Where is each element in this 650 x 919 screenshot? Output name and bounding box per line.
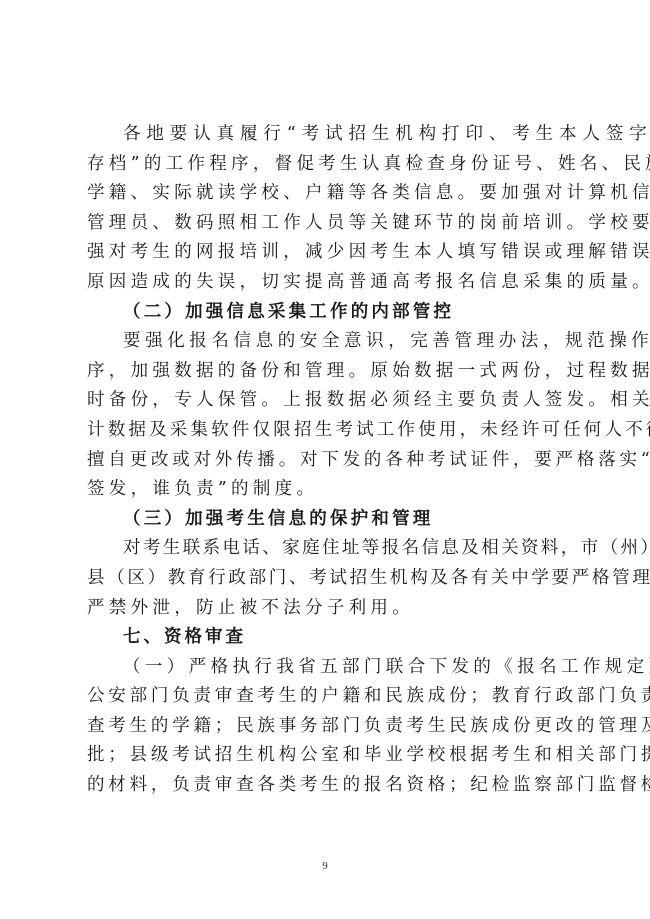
paragraph-line: 管理员、数码照相工作人员等关键环节的岗前培训。学校要加 [87, 209, 567, 239]
document-body: 各地要认真履行“考试招生机构打印、考生本人签字确认、 存档”的工作程序，督促考生… [87, 120, 567, 801]
page-number: 9 [0, 860, 650, 872]
paragraph-line: 要强化报名信息的安全意识，完善管理办法，规范操作程 [87, 327, 567, 357]
paragraph-line: 签发，谁负责”的制度。 [87, 475, 567, 505]
paragraph-line: 擅自更改或对外传播。对下发的各种考试证件，要严格落实“谁 [87, 446, 567, 476]
paragraph-line: 严禁外泄，防止被不法分子利用。 [87, 594, 567, 624]
paragraph-line: 对考生联系电话、家庭住址等报名信息及相关资料，市（州）、 [87, 534, 567, 564]
paragraph-line: 公安部门负责审查考生的户籍和民族成份；教育行政部门负责审 [87, 682, 567, 712]
paragraph-line: （一）严格执行我省五部门联合下发的《报名工作规定》。 [87, 653, 567, 683]
section-heading: （三）加强考生信息的保护和管理 [87, 505, 567, 535]
paragraph-line: 强对考生的网报培训，减少因考生本人填写错误或理解错误等 [87, 238, 567, 268]
paragraph-line: 原因造成的失误，切实提高普通高考报名信息采集的质量。 [87, 268, 567, 298]
paragraph-line: 学籍、实际就读学校、户籍等各类信息。要加强对计算机信息 [87, 179, 567, 209]
paragraph-line: 序，加强数据的备份和管理。原始数据一式两份，过程数据随 [87, 357, 567, 387]
paragraph-line: 存档”的工作程序，督促考生认真检查身份证号、姓名、民族、 [87, 150, 567, 180]
paragraph-line: 的材料，负责审查各类考生的报名资格；纪检监察部门监督检查 [87, 771, 567, 801]
chapter-heading: 七、资格审查 [87, 623, 567, 653]
paragraph-line: 各地要认真履行“考试招生机构打印、考生本人签字确认、 [87, 120, 567, 150]
paragraph-line: 县（区）教育行政部门、考试招生机构及各有关中学要严格管理， [87, 564, 567, 594]
paragraph-line: 时备份，专人保管。上报数据必须经主要负责人签发。相关统 [87, 386, 567, 416]
document-page: 各地要认真履行“考试招生机构打印、考生本人签字确认、 存档”的工作程序，督促考生… [0, 0, 650, 919]
paragraph-line: 批；县级考试招生机构公室和毕业学校根据考生和相关部门提供 [87, 741, 567, 771]
paragraph-line: 查考生的学籍；民族事务部门负责考生民族成份更改的管理及审 [87, 712, 567, 742]
section-heading: （二）加强信息采集工作的内部管控 [87, 298, 567, 328]
paragraph-line: 计数据及采集软件仅限招生考试工作使用，未经许可任何人不得 [87, 416, 567, 446]
